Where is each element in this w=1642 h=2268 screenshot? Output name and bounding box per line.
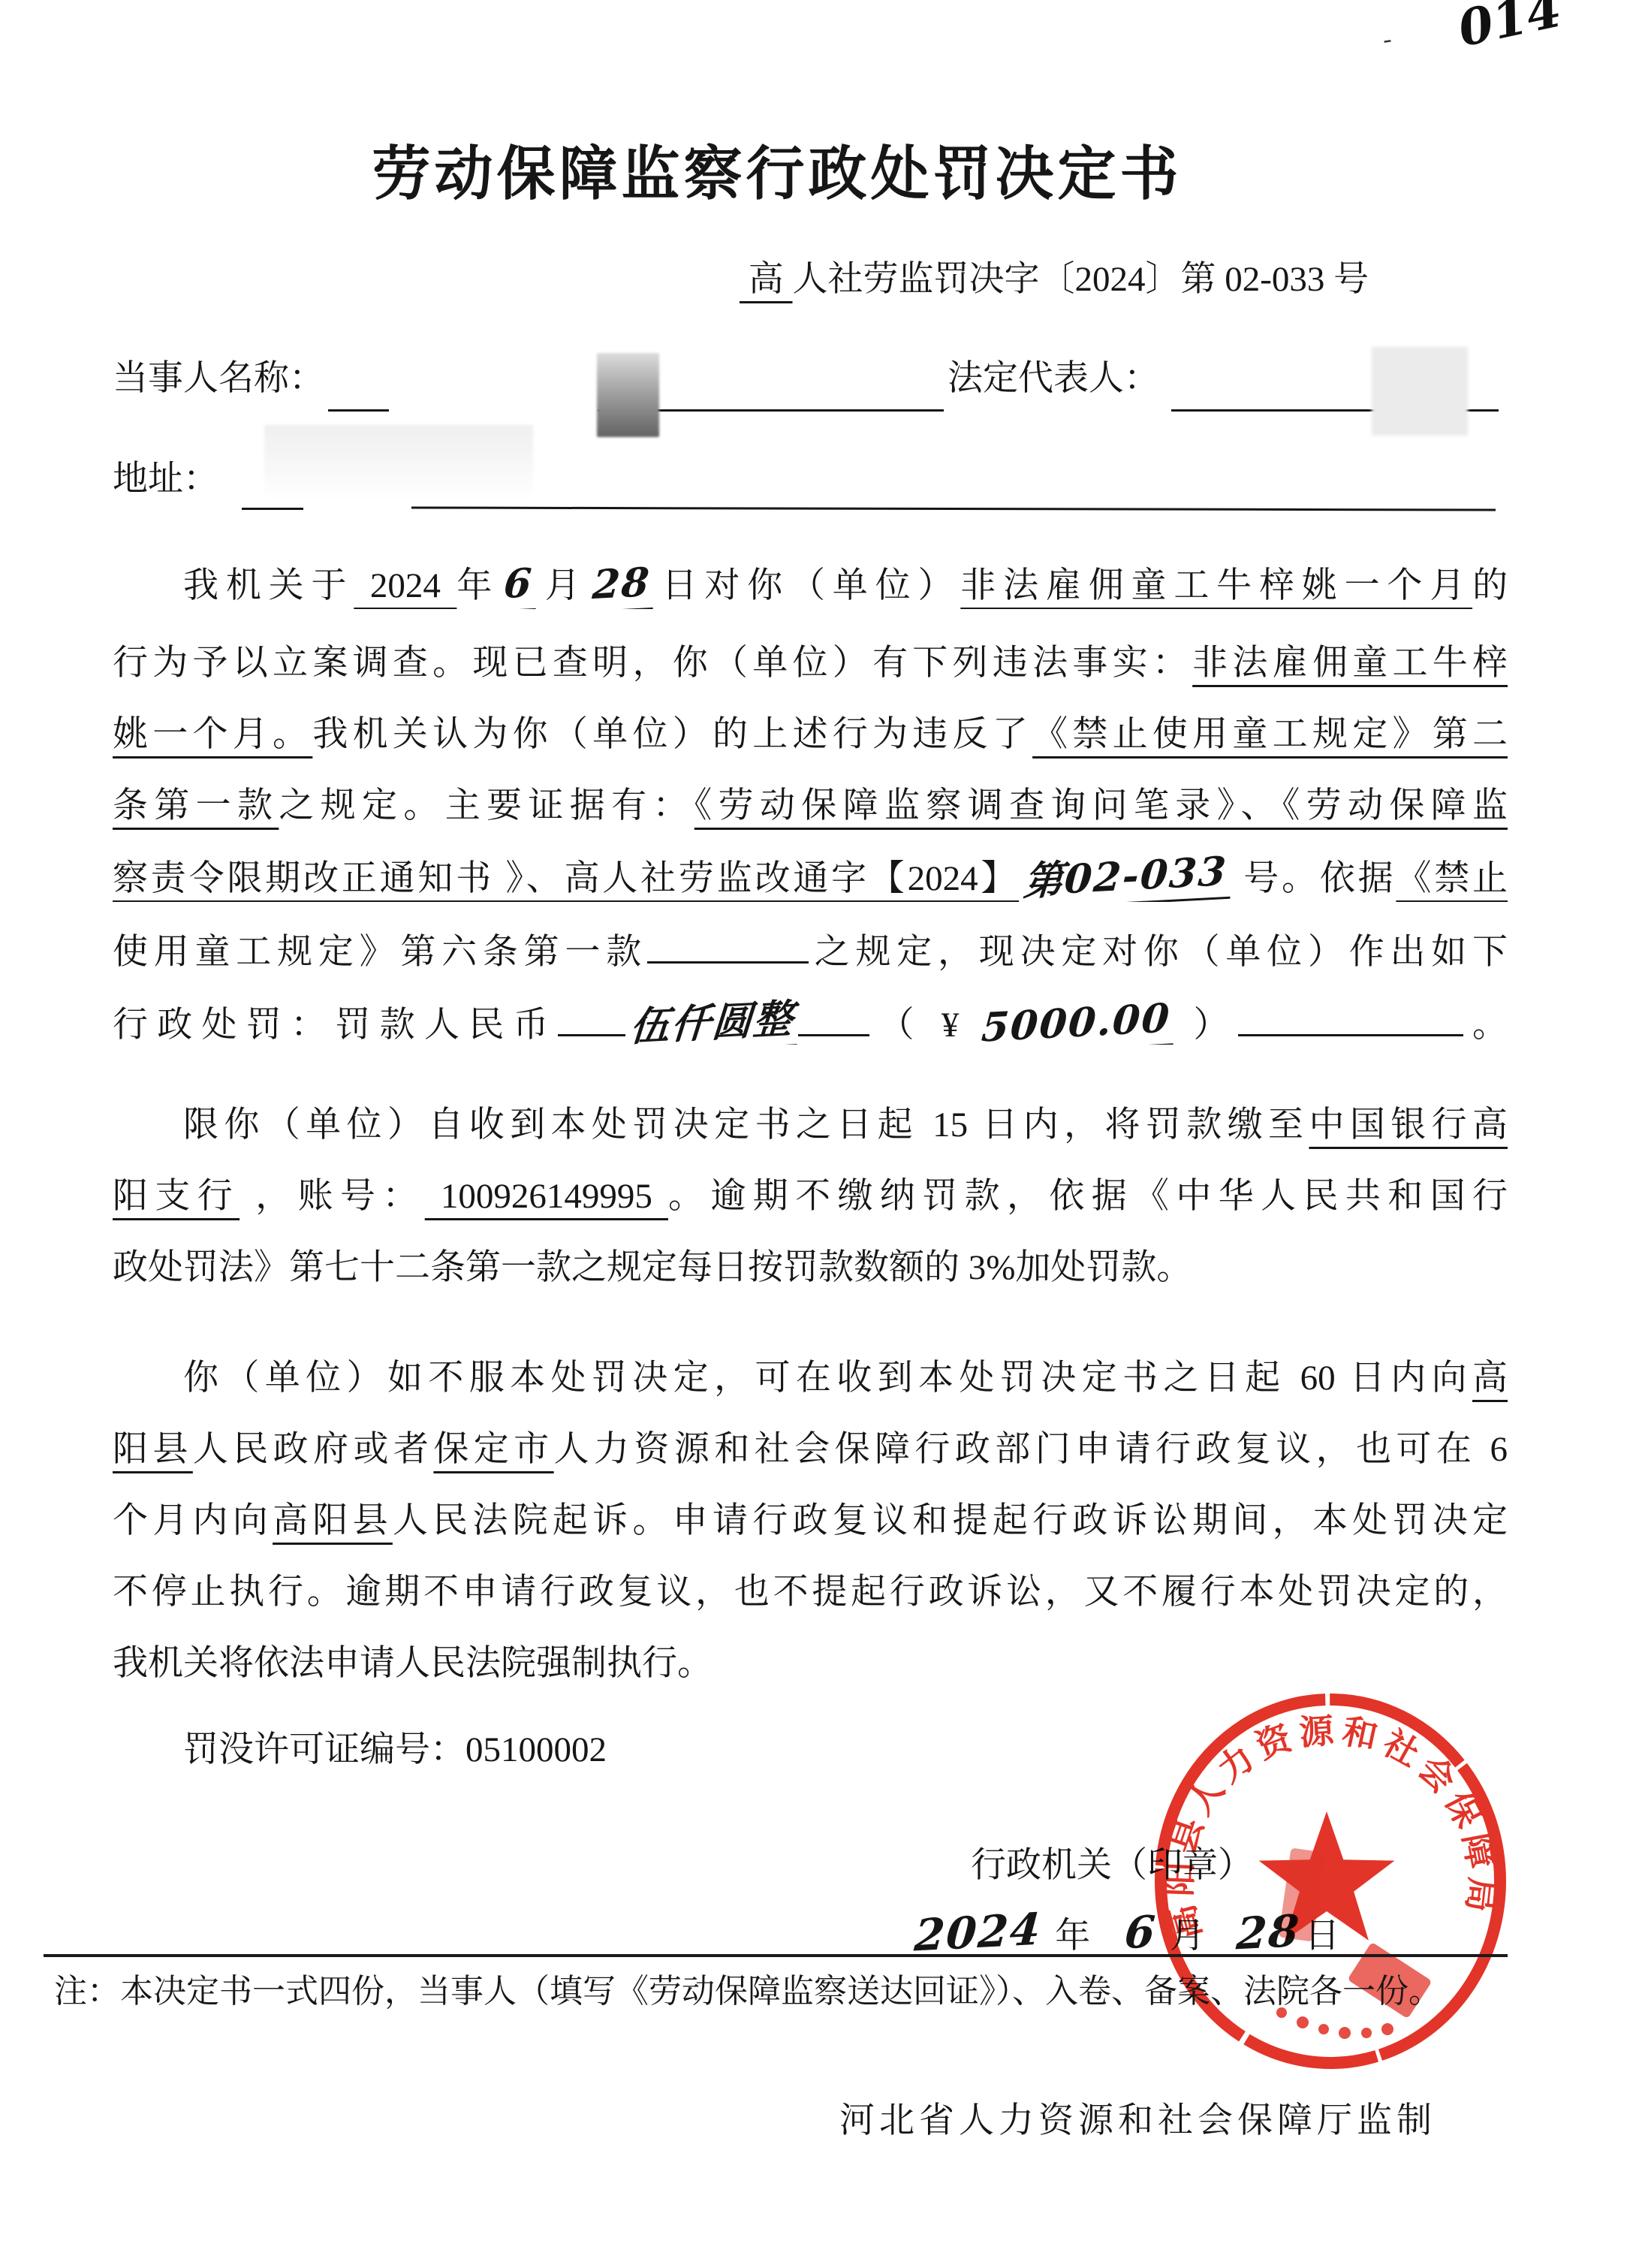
underlined-segment: 非法雇佣童工牛梓姚一个月 (960, 566, 1472, 605)
underlined-segment: 条第一款 (113, 786, 279, 825)
text-segment: 日对你（单位） (655, 566, 961, 605)
handwritten-segment: 第02-033 (1017, 852, 1234, 902)
text-segment: 之规定。主要证据有： (279, 786, 694, 825)
corner-pen-dash: - (1381, 25, 1393, 54)
document-title: 劳动保障监察行政处罚决定书 (45, 137, 1509, 212)
penalty-decision-document: - 014 劳动保障监察行政处罚决定书 高 人社劳监罚决字〔2024〕第 02-… (0, 0, 1642, 2268)
address-label: 地址： (113, 455, 218, 503)
body-line: 政处罚法》第七十二条第一款之规定每日按罚款数额的 3%加处罚款。 (113, 1243, 1508, 1292)
text-segment: 的 (1472, 566, 1508, 605)
publisher-imprint: 河北省人力资源和社会保障厅监制 (839, 2092, 1436, 2143)
text-segment: 我机关于 (183, 566, 354, 605)
body-line: 个月内向高阳县人民法院起诉。申请行政复议和提起行政诉讼期间，本处罚决定 (113, 1496, 1508, 1546)
body-line: 察责令限期改正通知书 》、高人社劳监改通字【2024】第02-033 号。依据《… (113, 852, 1508, 902)
text-segment: 人力资源和社会保障行政部门申请行政复议，也可在 6 (554, 1430, 1508, 1469)
text-segment: 我机关认为你（单位）的上述行为违反了 (312, 715, 1032, 754)
document-number: 高 人社劳监罚决字〔2024〕第 02-033 号 (740, 255, 1369, 303)
underlined-segment: 2024 (354, 566, 456, 605)
underlined-segment: 罚款人民币 (335, 1006, 557, 1045)
text-segment: 我机关将依法申请人民法院强制执行。 (113, 1644, 713, 1683)
body-line: 不停止执行。逾期不申请行政复议，也不提起行政诉讼，又不履行本处罚决定的， (113, 1567, 1508, 1617)
party-name-label: 当事人名称： (113, 354, 324, 403)
body-line: 我机关将依法申请人民法院强制执行。 (113, 1639, 1508, 1688)
blank-underline (558, 995, 625, 1036)
body-line: 行政处罚：罚款人民币伍仟圆整（ ¥ 5000.00 ）。 (113, 995, 1508, 1045)
underlined-segment: 中国银行高 (1309, 1105, 1508, 1145)
text-segment: 你（单位）如不服本处罚决定，可在收到本处罚决定书之日起 60 日内向 (183, 1359, 1472, 1398)
body-line: 阳县人民政府或者保定市人力资源和社会保障行政部门申请行政复议，也可在 6 (113, 1425, 1508, 1474)
underlined-segment: 《禁止 (1396, 859, 1508, 898)
underlined-segment: 阳支行 (113, 1177, 240, 1216)
text-segment: 政处罚法》第七十二条第一款之规定每日按罚款数额的 3%加处罚款。 (113, 1248, 1192, 1287)
underlined-segment: 《禁止使用童工规定》第二 (1032, 715, 1508, 754)
underlined-segment: 高阳县 (273, 1501, 393, 1540)
body-line: 条第一款之规定。主要证据有：《劳动保障监察调查询问笔录》、《劳动保障监 (113, 781, 1508, 831)
body-line: 使用童工规定》第六条第一款之规定，现决定对你（单位）作出如下 (113, 922, 1508, 972)
underlined-segment: 使用童工规定》第六条第一款 (113, 933, 647, 972)
text-segment: 年 (456, 566, 499, 605)
text-segment: 个月内向 (113, 1501, 273, 1540)
handwritten-segment: 5000.00 (975, 995, 1177, 1045)
date-year-suffix: 年 (1055, 1917, 1090, 1956)
text-segment: ，账号： (240, 1177, 425, 1216)
address-redaction (264, 425, 533, 500)
text-segment: 。逾期不缴纳罚款，依据《中华人民共和国行 (668, 1177, 1508, 1216)
text-segment: 号。依据 (1232, 859, 1396, 898)
text-segment: 之规定，现决定对你（单位）作出如下 (809, 933, 1508, 972)
underlined-segment: 阳县 (113, 1430, 193, 1469)
party-name-redaction-bar (597, 353, 659, 437)
date-year-handwritten: 2024 (908, 1902, 1048, 1962)
doc-number-rest: 人社劳监罚决字〔2024〕第 02-033 号 (793, 260, 1369, 299)
text-segment: 月 (538, 566, 588, 605)
footer-note: 注：本决定书一式四份，当事人（填写《劳动保障监察送达回证》）、入卷、备案、法院各… (54, 1969, 1529, 2014)
body-line: 阳支行 ，账号： 100926149995 。逾期不缴纳罚款，依据《中华人民共和… (113, 1172, 1508, 1221)
corner-page-mark-handwritten: 014 (1453, 0, 1566, 58)
handwritten-segment: 伍仟圆整 (624, 995, 800, 1045)
text-segment: 不停止执行。逾期不申请行政复议，也不提起行政诉讼，又不履行本处罚决定的， (113, 1573, 1508, 1612)
text-segment: 限你（单位）自收到本处罚决定书之日起 15 日内，将罚款缴至 (183, 1105, 1309, 1145)
underlined-segment: 察责令限期改正通知书 》、高人社劳监改通字【2024】 (113, 859, 1019, 898)
underlined-segment: 姚一个月。 (113, 715, 312, 754)
blank-underline (798, 995, 869, 1036)
doc-number-prefix: 高 (740, 260, 793, 299)
body-line: 姚一个月。我机关认为你（单位）的上述行为违反了《禁止使用童工规定》第二 (113, 710, 1508, 759)
text-segment: 行为予以立案调查。现已查明，你（单位）有下列违法事实： (113, 644, 1192, 683)
blank-underline (1238, 995, 1463, 1036)
underlined-segment: ） (1175, 1006, 1237, 1045)
underlined-segment: 非法雇佣童工牛梓 (1192, 644, 1508, 683)
body-line: 我机关于 2024 年6月28日对你（单位）非法雇佣童工牛梓姚一个月的 (113, 559, 1508, 609)
body-line: 你（单位）如不服本处罚决定，可在收到本处罚决定书之日起 60 日内向高 (113, 1353, 1508, 1403)
footer-separator-line (44, 1954, 1508, 1957)
text-segment: 行政处罚： (113, 1006, 335, 1045)
legal-rep-label: 法定代表人： (948, 354, 1159, 403)
underlined-segment: 高 (1472, 1359, 1508, 1398)
underlined-segment: 保定市 (433, 1430, 553, 1469)
underlined-segment: 《劳动保障监察调查询问笔录》、《劳动保障监 (694, 786, 1508, 825)
address-underline-a (242, 508, 303, 510)
text-segment: 人民法院起诉。申请行政复议和提起行政诉讼期间，本处罚决定 (393, 1501, 1508, 1540)
text-segment: 人民政府或者 (193, 1430, 434, 1469)
handwritten-segment: 28 (586, 559, 656, 609)
seal-star-icon (1259, 1811, 1395, 1941)
handwritten-segment: 6 (498, 559, 539, 609)
legal-rep-redaction (1372, 347, 1468, 436)
body-line: 限你（单位）自收到本处罚决定书之日起 15 日内，将罚款缴至中国银行高 (113, 1100, 1508, 1150)
text-segment: 罚没许可证编号：05100002 (183, 1730, 607, 1769)
blank-underline (647, 922, 809, 964)
text-segment: 。 (1463, 1006, 1508, 1045)
address-underline-b (411, 506, 1496, 511)
party-name-redaction (389, 400, 598, 419)
underlined-segment: 100926149995 (425, 1177, 668, 1216)
body-line: 行为予以立案调查。现已查明，你（单位）有下列违法事实：非法雇佣童工牛梓 (113, 638, 1508, 688)
underlined-segment: （ ¥ (869, 1006, 977, 1045)
